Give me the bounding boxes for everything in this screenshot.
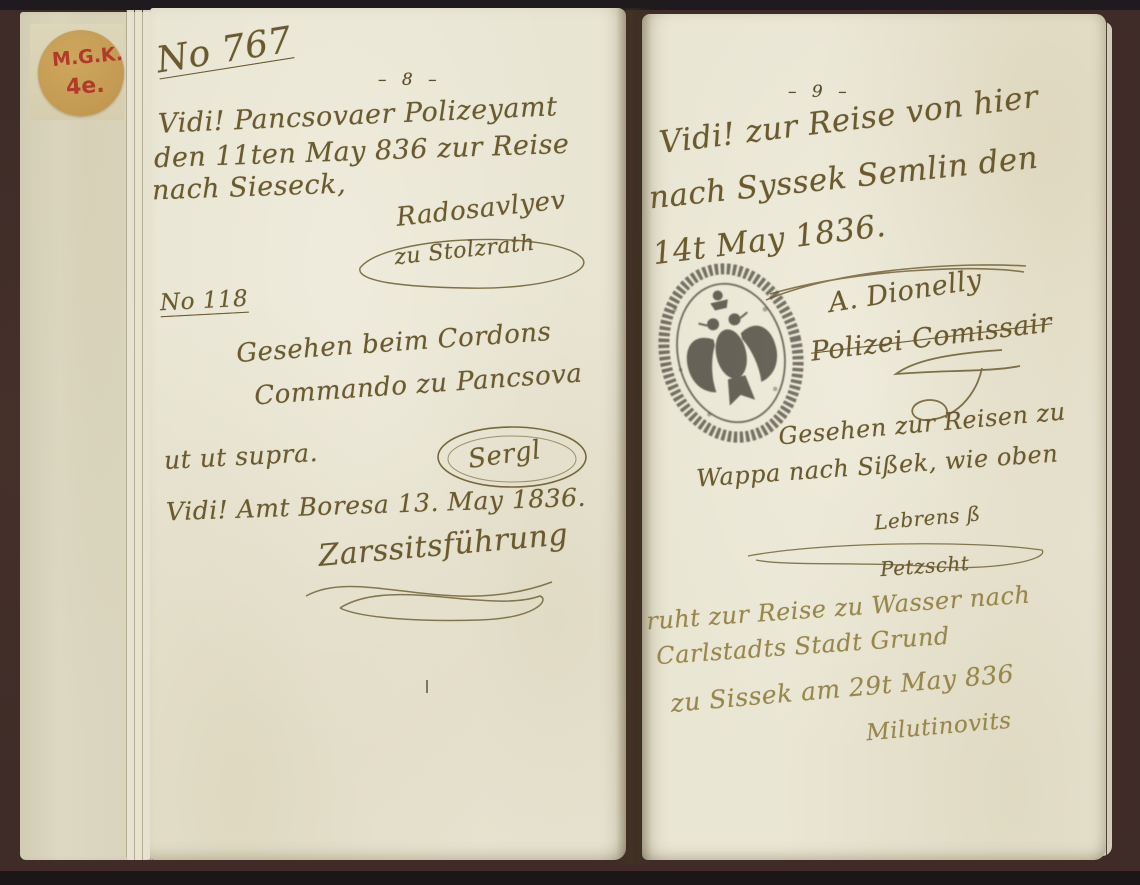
signature: zu Stolzrath	[393, 231, 536, 271]
reference-number: No 118	[159, 286, 248, 317]
signature: Radosavlyev	[395, 185, 567, 233]
signature: Petzscht	[879, 551, 970, 581]
page-number-left: – 8 –	[378, 70, 442, 90]
visa-entry-line: Vidi! Amt Boresa 13. May 1836.	[166, 483, 587, 527]
left-page: No 767 – 8 – Vidi! Pancsovaer Polizeyamt…	[150, 8, 626, 860]
ink-tick-mark	[426, 680, 428, 693]
visa-entry-line: ut ut supra.	[163, 438, 318, 475]
visa-entry-line: ruht zur Reise zu Wasser nach	[645, 581, 1031, 636]
visa-entry-line: Gesehen beim Cordons	[235, 317, 552, 369]
document-number: No 767	[154, 20, 295, 82]
visa-entry-line: 14t May 1836.	[651, 208, 888, 272]
visa-entry-line: zu Sissek am 29t May 836	[669, 659, 1015, 718]
archive-label-line2: 4e.	[65, 73, 105, 101]
visa-entry-line: Wappa nach Sißek, wie oben	[695, 439, 1059, 492]
signature: A. Dionelly	[827, 264, 985, 319]
visa-entry-line: Commando zu Pancsova	[253, 359, 583, 412]
page-number-right: – 9 –	[788, 82, 852, 102]
signature: Lebrens ß	[873, 501, 981, 534]
seal-signature: Sergl	[466, 435, 543, 475]
signature: Milutinovits	[865, 708, 1012, 747]
archive-label-line1: M.G.K.	[51, 43, 124, 71]
archive-label: M.G.K. 4e.	[38, 30, 124, 116]
open-register-book-photo: M.G.K. 4e. No 767 – 8 – Vidi! Pancsovaer…	[0, 0, 1140, 885]
visa-entry-line: nach Sieseck,	[152, 169, 347, 207]
signature: Zarssitsführung	[317, 517, 569, 574]
right-page: – 9 – Vidi! zur Reise von hier nach Syss…	[642, 14, 1106, 860]
